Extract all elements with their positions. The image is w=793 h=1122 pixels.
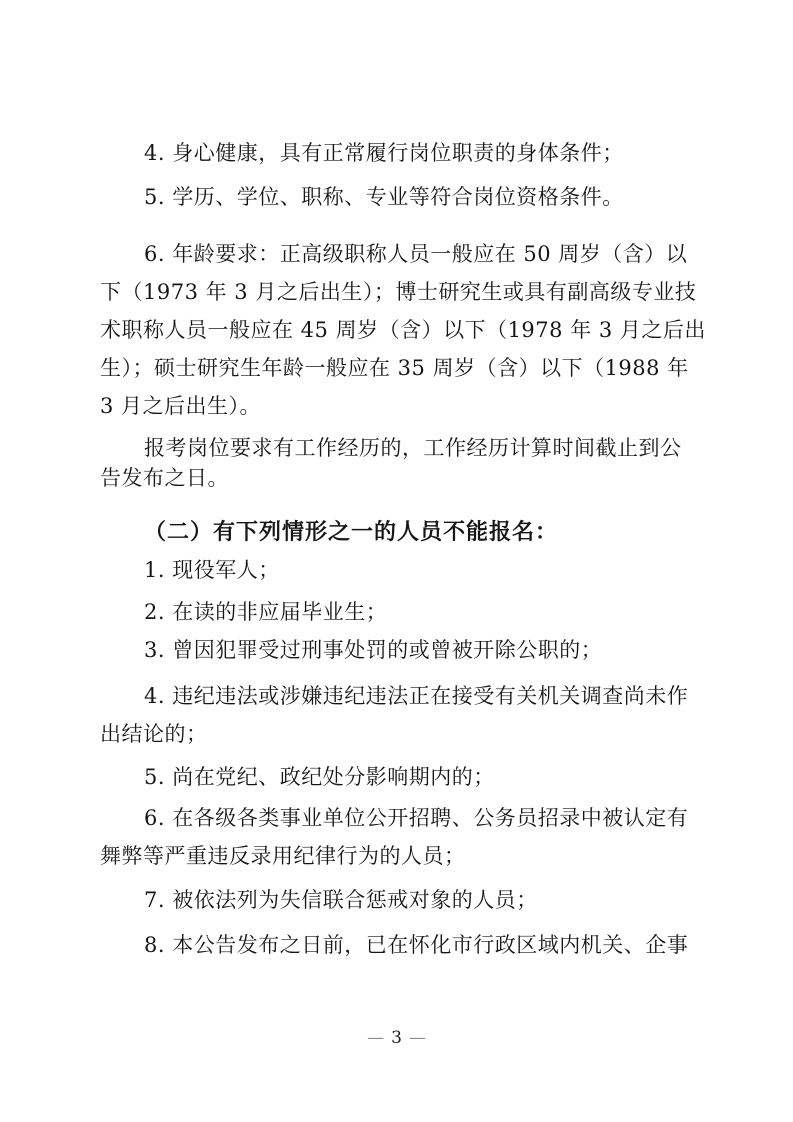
- text-line: 4. 身心健康，具有正常履行岗位职责的身体条件；: [100, 134, 692, 172]
- text-line: 5. 学历、学位、职称、专业等符合岗位资格条件。: [100, 178, 692, 216]
- text-line: 报考岗位要求有工作经历的，工作经历计算时间截止到公: [100, 433, 692, 463]
- text-line: 告发布之日。: [100, 463, 692, 493]
- page-number-footer: —3—: [0, 1024, 793, 1052]
- section-heading: （二）有下列情形之一的人员不能报名：: [100, 513, 692, 551]
- document-body: 4. 身心健康，具有正常履行岗位职责的身体条件； 5. 学历、学位、职称、专业等…: [100, 134, 692, 964]
- text-line: 3 月之后出生）。: [100, 387, 692, 425]
- list-item-3: 3. 曾因犯罪受过刑事处罚的或曾被开除公职的；: [100, 631, 692, 669]
- text-line: 舞弊等严重违反录用纪律行为的人员；: [100, 837, 692, 875]
- list-item-6: 6. 在各级各类事业单位公开招聘、公务员招录中被认定有 舞弊等严重违反录用纪律行…: [100, 799, 692, 875]
- text-line: 术职称人员一般应在 45 周岁（含）以下（1978 年 3 月之后出: [100, 311, 692, 349]
- page-number: 3: [391, 1028, 402, 1048]
- list-item-5: 5. 尚在党纪、政纪处分影响期内的；: [100, 758, 692, 796]
- text-line: 生）；硕士研究生年龄一般应在 35 周岁（含）以下（1988 年: [100, 349, 692, 387]
- list-item-8: 8. 本公告发布之日前，已在怀化市行政区域内机关、企事: [100, 926, 692, 964]
- text-line: 1. 现役军人；: [100, 551, 692, 589]
- page-number-right-dash: —: [409, 1028, 426, 1048]
- section-heading-text: （二）有下列情形之一的人员不能报名：: [100, 513, 692, 551]
- text-line: 3. 曾因犯罪受过刑事处罚的或曾被开除公职的；: [100, 631, 692, 669]
- list-item-4: 4. 违纪违法或涉嫌违纪违法正在接受有关机关调查尚未作 出结论的；: [100, 677, 692, 753]
- text-line: 下（1973 年 3 月之后出生）；博士研究生或具有副高级专业技: [100, 273, 692, 311]
- list-item-7: 7. 被依法列为失信联合惩戒对象的人员；: [100, 881, 692, 919]
- page-number-left-dash: —: [367, 1028, 384, 1048]
- list-item-1: 1. 现役军人；: [100, 551, 692, 589]
- paragraph-condition-5: 5. 学历、学位、职称、专业等符合岗位资格条件。: [100, 178, 692, 216]
- paragraph-condition-4: 4. 身心健康，具有正常履行岗位职责的身体条件；: [100, 134, 692, 172]
- paragraph-work-experience-note: 报考岗位要求有工作经历的，工作经历计算时间截止到公 告发布之日。: [100, 433, 692, 493]
- text-line: 出结论的；: [100, 715, 692, 753]
- paragraph-condition-6-age: 6. 年龄要求：正高级职称人员一般应在 50 周岁（含）以 下（1973 年 3…: [100, 235, 692, 425]
- text-line: 6. 在各级各类事业单位公开招聘、公务员招录中被认定有: [100, 799, 692, 837]
- text-line: 2. 在读的非应届毕业生；: [100, 593, 692, 631]
- text-line: 6. 年龄要求：正高级职称人员一般应在 50 周岁（含）以: [100, 235, 692, 273]
- document-page: 4. 身心健康，具有正常履行岗位职责的身体条件； 5. 学历、学位、职称、专业等…: [0, 0, 793, 1122]
- text-line: 5. 尚在党纪、政纪处分影响期内的；: [100, 758, 692, 796]
- text-line: 7. 被依法列为失信联合惩戒对象的人员；: [100, 881, 692, 919]
- text-line: 4. 违纪违法或涉嫌违纪违法正在接受有关机关调查尚未作: [100, 677, 692, 715]
- list-item-2: 2. 在读的非应届毕业生；: [100, 593, 692, 631]
- text-line: 8. 本公告发布之日前，已在怀化市行政区域内机关、企事: [100, 926, 692, 964]
